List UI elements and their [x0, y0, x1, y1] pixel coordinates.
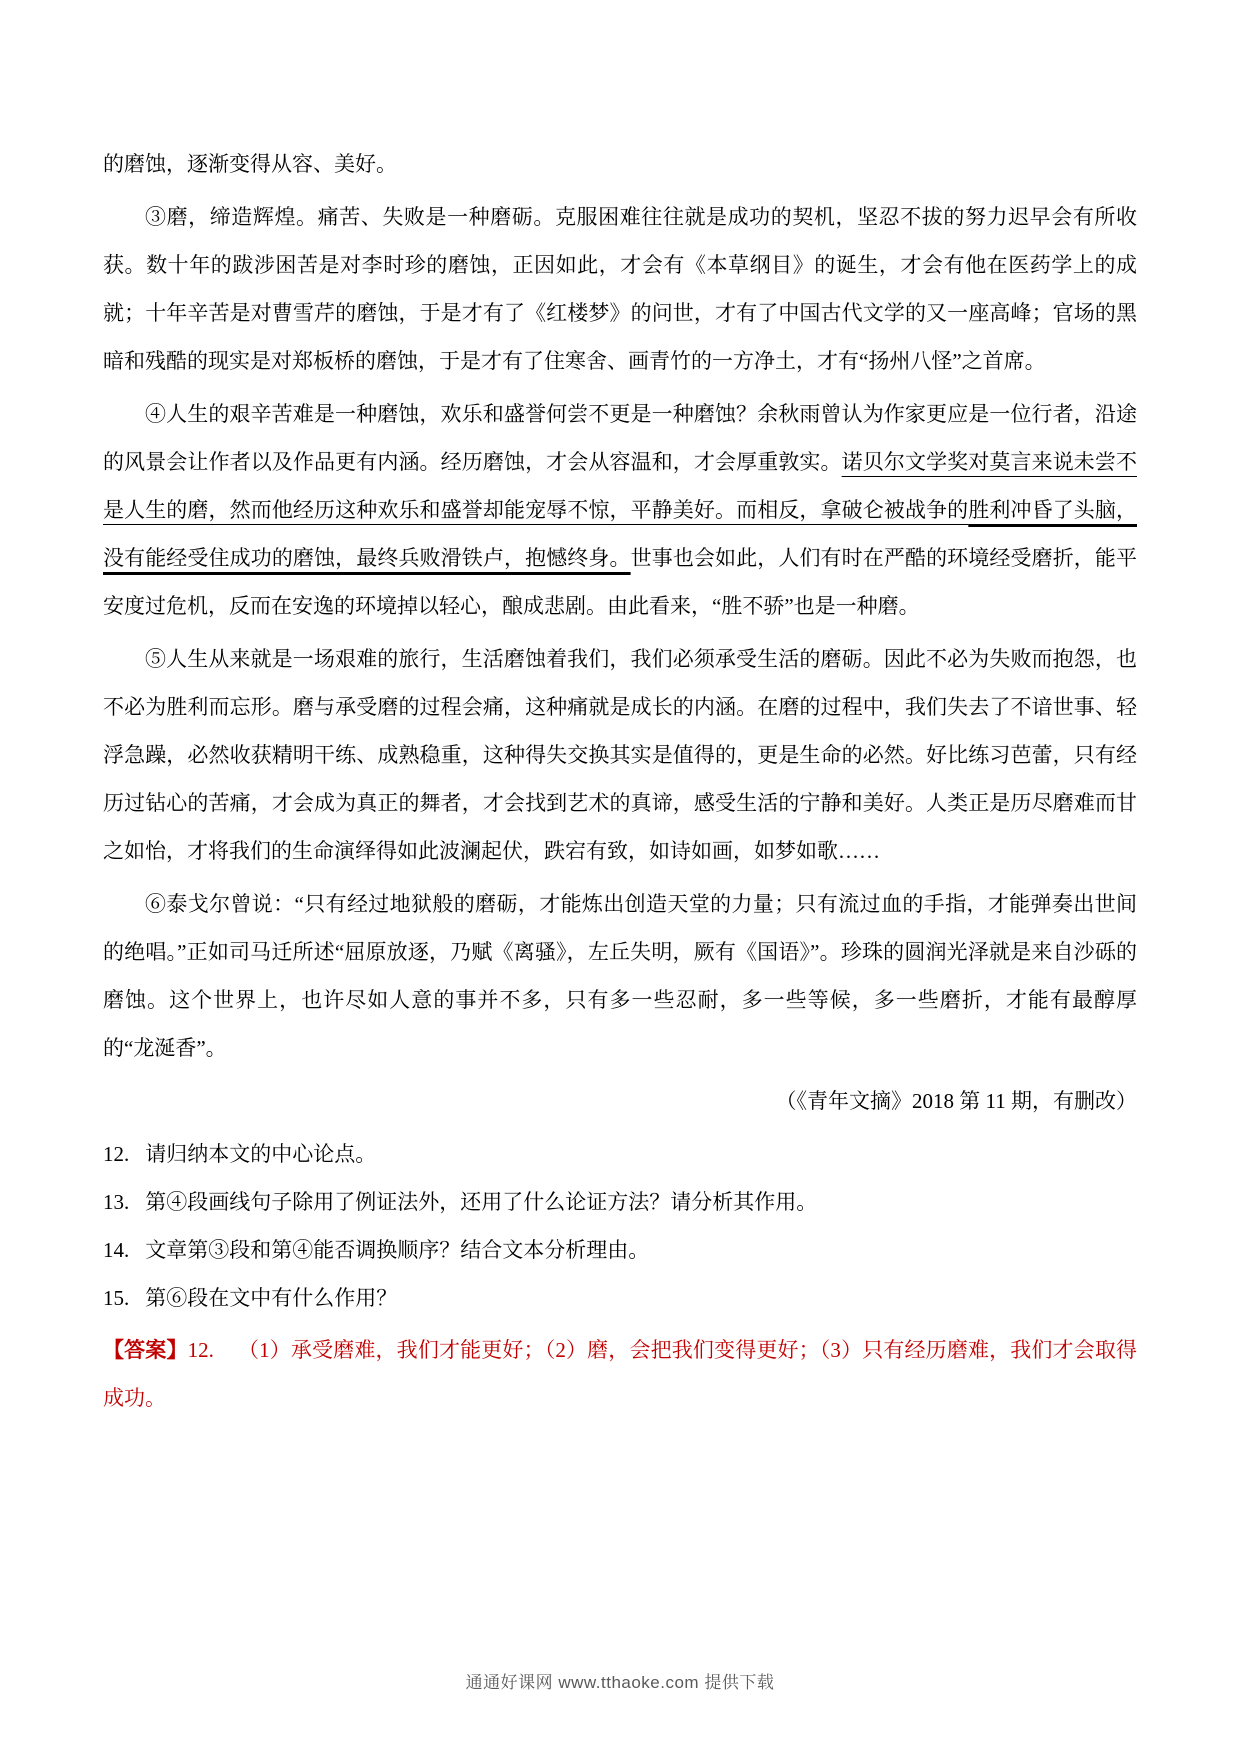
answer-section: 【答案】12.（1）承受磨难，我们才能更好；（2）磨，会把我们变得更好；（3）只…: [103, 1326, 1137, 1422]
question-15-number: 15.: [103, 1274, 129, 1322]
answer-label: 【答案】: [103, 1338, 188, 1362]
answer-number: 12.: [188, 1326, 214, 1374]
question-15-text: 第⑥段在文中有什么作用？: [145, 1286, 397, 1310]
paragraph-4: ④人生的艰辛苦难是一种磨蚀，欢乐和盛誉何尝不更是一种磨蚀？余秋雨曾认为作家更应是…: [103, 390, 1137, 630]
question-13-text: 第④段画线句子除用了例证法外，还用了什么论证方法？请分析其作用。: [145, 1190, 817, 1214]
article-body: 的磨蚀，逐渐变得从容、美好。 ③磨，缔造辉煌。痛苦、失败是一种磨砺。克服困难往往…: [103, 140, 1137, 1422]
question-12-text: 请归纳本文的中心论点。: [145, 1142, 376, 1166]
paragraph-2-continuation: 的磨蚀，逐渐变得从容、美好。: [103, 140, 1137, 188]
source-attribution: （《青年文摘》2018 第 11 期，有删改）: [103, 1077, 1137, 1125]
paragraph-6: ⑥泰戈尔曾说：“只有经过地狱般的磨砺，才能炼出创造天堂的力量；只有流过血的手指，…: [103, 880, 1137, 1072]
page-footer: 通通好课网 www.tthaoke.com 提供下载: [0, 1668, 1240, 1693]
question-13: 13.第④段画线句子除用了例证法外，还用了什么论证方法？请分析其作用。: [103, 1178, 1137, 1226]
question-14-text: 文章第③段和第④能否调换顺序？结合文本分析理由。: [145, 1238, 649, 1262]
question-13-number: 13.: [103, 1178, 129, 1226]
paragraph-3: ③磨，缔造辉煌。痛苦、失败是一种磨砺。克服困难往往就是成功的契机，坚忍不拔的努力…: [103, 193, 1137, 385]
answer-text: （1）承受磨难，我们才能更好；（2）磨，会把我们变得更好；（3）只有经历磨难，我…: [103, 1338, 1137, 1410]
document-page: 的磨蚀，逐渐变得从容、美好。 ③磨，缔造辉煌。痛苦、失败是一种磨砺。克服困难往往…: [0, 0, 1240, 1754]
question-15: 15.第⑥段在文中有什么作用？: [103, 1274, 1137, 1322]
question-14: 14.文章第③段和第④能否调换顺序？结合文本分析理由。: [103, 1226, 1137, 1274]
question-12: 12.请归纳本文的中心论点。: [103, 1130, 1137, 1178]
footer-watermark-text: 通通好课网 www.tthaoke.com 提供下载: [466, 1673, 775, 1692]
question-14-number: 14.: [103, 1226, 129, 1274]
paragraph-5: ⑤人生从来就是一场艰难的旅行，生活磨蚀着我们，我们必须承受生活的磨砺。因此不必为…: [103, 635, 1137, 875]
question-list: 12.请归纳本文的中心论点。 13.第④段画线句子除用了例证法外，还用了什么论证…: [103, 1130, 1137, 1322]
question-12-number: 12.: [103, 1130, 129, 1178]
